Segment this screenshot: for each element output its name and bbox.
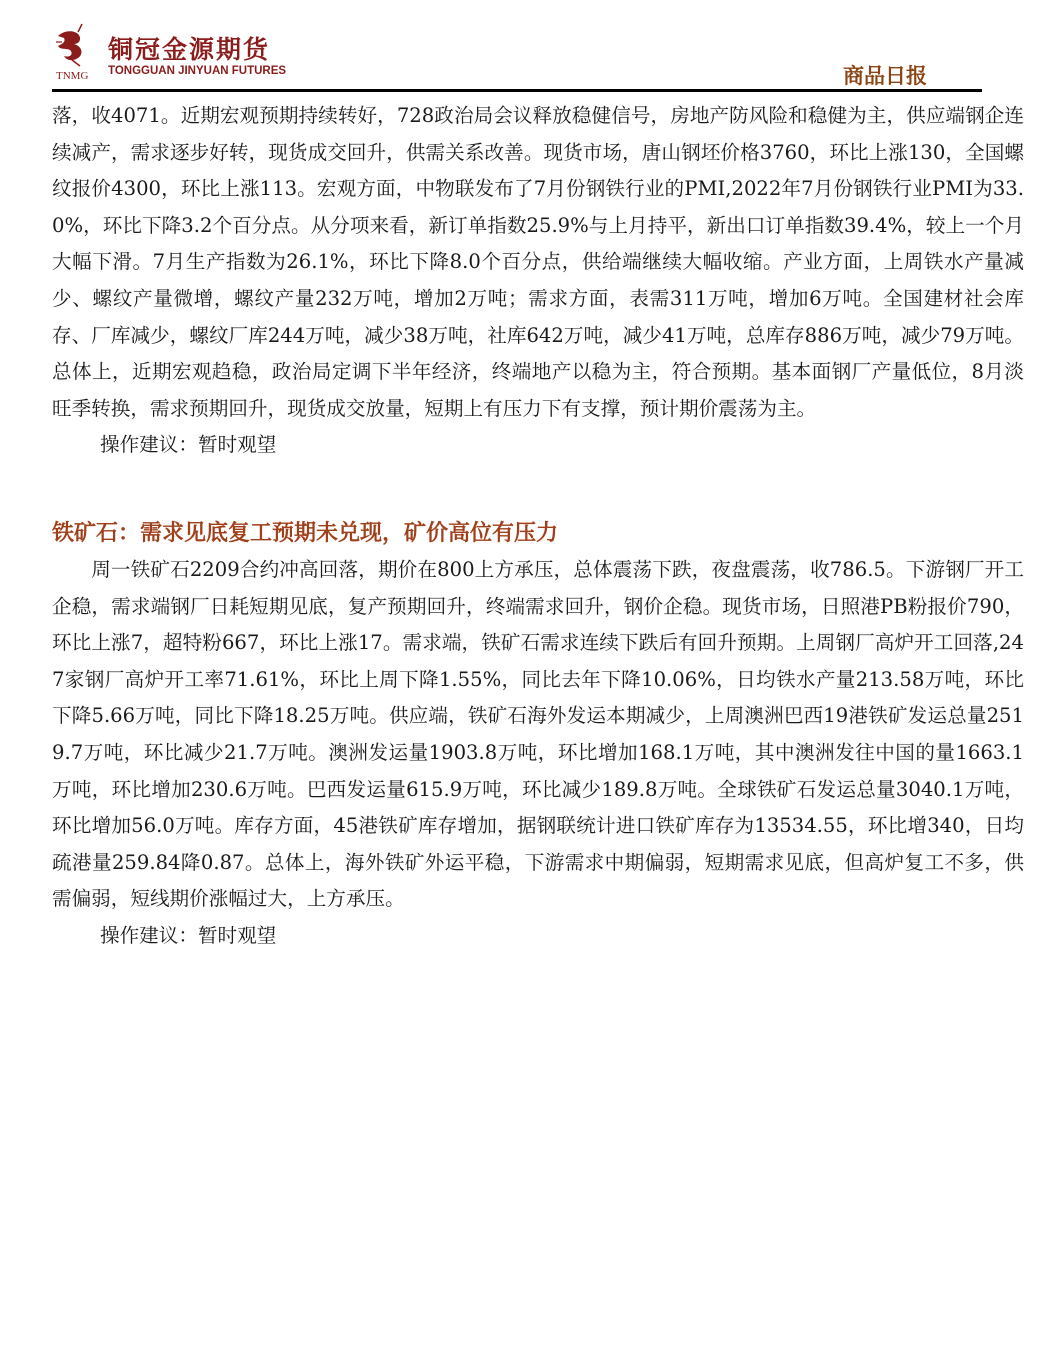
report-body: 落，收4071。近期宏观预期持续转好，728政治局会议释放稳健信号，房地产防风险…: [52, 98, 1024, 954]
company-name-cn: 铜冠金源期货: [108, 30, 270, 66]
section-body: 落，收4071。近期宏观预期持续转好，728政治局会议释放稳健信号，房地产防风险…: [52, 98, 1024, 427]
operation-advice: 操作建议：暂时观望: [52, 918, 1024, 955]
section-iron-ore: 铁矿石：需求见底复工预期未兑现，矿价高位有压力 周一铁矿石2209合约冲高回落，…: [52, 516, 1024, 955]
page-header: 铜冠金源期货 TNMG TONGGUAN JINYUAN FUTURES 商品日…: [0, 0, 1044, 96]
report-type-title: 商品日报: [843, 60, 927, 90]
header-divider: [52, 89, 982, 92]
company-name-en: TONGGUAN JINYUAN FUTURES: [108, 65, 286, 77]
section-spacer: [52, 464, 1024, 516]
section-title: 铁矿石：需求见底复工预期未兑现，矿价高位有压力: [52, 516, 1024, 552]
section-body: 周一铁矿石2209合约冲高回落，期价在800上方承压，总体震荡下跌，夜盘震荡，收…: [52, 552, 1024, 918]
operation-advice: 操作建议：暂时观望: [52, 427, 1024, 464]
company-logo: 铜冠金源期货 TNMG TONGGUAN JINYUAN FUTURES: [52, 20, 292, 82]
dragon-logo-icon: [52, 22, 96, 68]
section-steel: 落，收4071。近期宏观预期持续转好，728政治局会议释放稳健信号，房地产防风险…: [52, 98, 1024, 464]
company-abbr: TNMG: [56, 70, 88, 82]
